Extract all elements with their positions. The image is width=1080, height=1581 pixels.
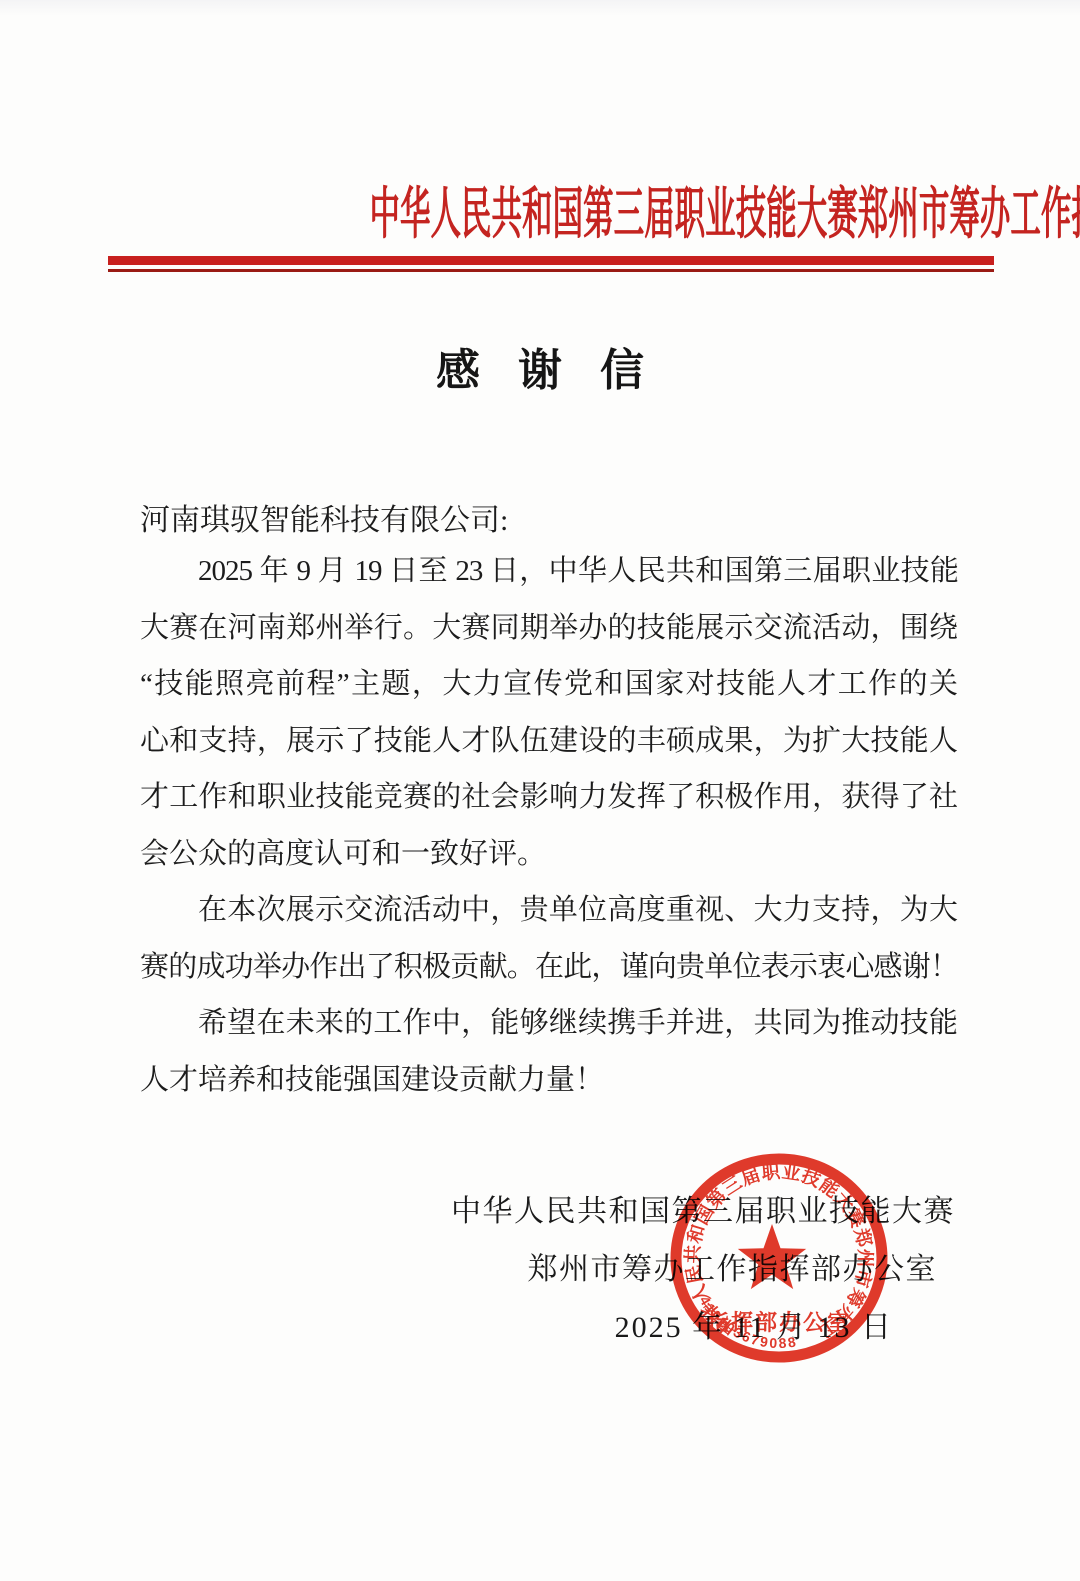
letter-line: 赛的成功举办作出了积极贡献。在此，谨向贵单位表示衷心感谢！ [140,939,958,996]
letter-body: 2025 年 9 月 19 日至 23 日，中华人民共和国第三届职业技能 大赛在… [140,543,958,1108]
letter-line: 人才培养和技能强国建设贡献力量！ [140,1052,958,1109]
letter-line: 大赛在河南郑州举行。大赛同期举办的技能展示交流活动，围绕 [140,600,958,657]
salutation: 河南琪驭智能科技有限公司: [140,495,508,539]
letter-page: 中华人民共和国第三届职业技能大赛郑州市筹办工作指挥部办公室 感谢信 河南琪驭智能… [0,0,1080,1581]
letter-line: 希望在未来的工作中，能够继续携手并进，共同为推动技能 [140,995,958,1052]
document-title: 感谢信 [0,334,1080,398]
letter-line: 2025 年 9 月 19 日至 23 日，中华人民共和国第三届职业技能 [140,543,958,600]
red-star-icon [738,1224,806,1289]
letterhead-rule-thin [108,269,994,272]
letterhead-org-name: 中华人民共和国第三届职业技能大赛郑州市筹办工作指挥部办公室 [369,183,1080,247]
letter-line: 在本次展示交流活动中，贵单位高度重视、大力支持，为大 [140,882,958,939]
letter-line: 心和支持，展示了技能人才队伍建设的丰硕成果，为扩大技能人 [140,713,958,770]
letterhead-rule-thick [108,256,994,265]
letter-line: “技能照亮前程”主题，大力宣传党和国家对技能人才工作的关 [140,656,958,713]
letter-line: 会公众的高度认可和一致好评。 [140,826,958,883]
letterhead: 中华人民共和国第三届职业技能大赛郑州市筹办工作指挥部办公室 [0,183,1080,247]
letter-line: 才工作和职业技能竞赛的社会影响力发挥了积极作用，获得了社 [140,769,958,826]
official-seal: 中华人民共和国第三届职业技能大赛郑州市筹办工作 指挥部办公室 410103679… [659,1143,899,1373]
